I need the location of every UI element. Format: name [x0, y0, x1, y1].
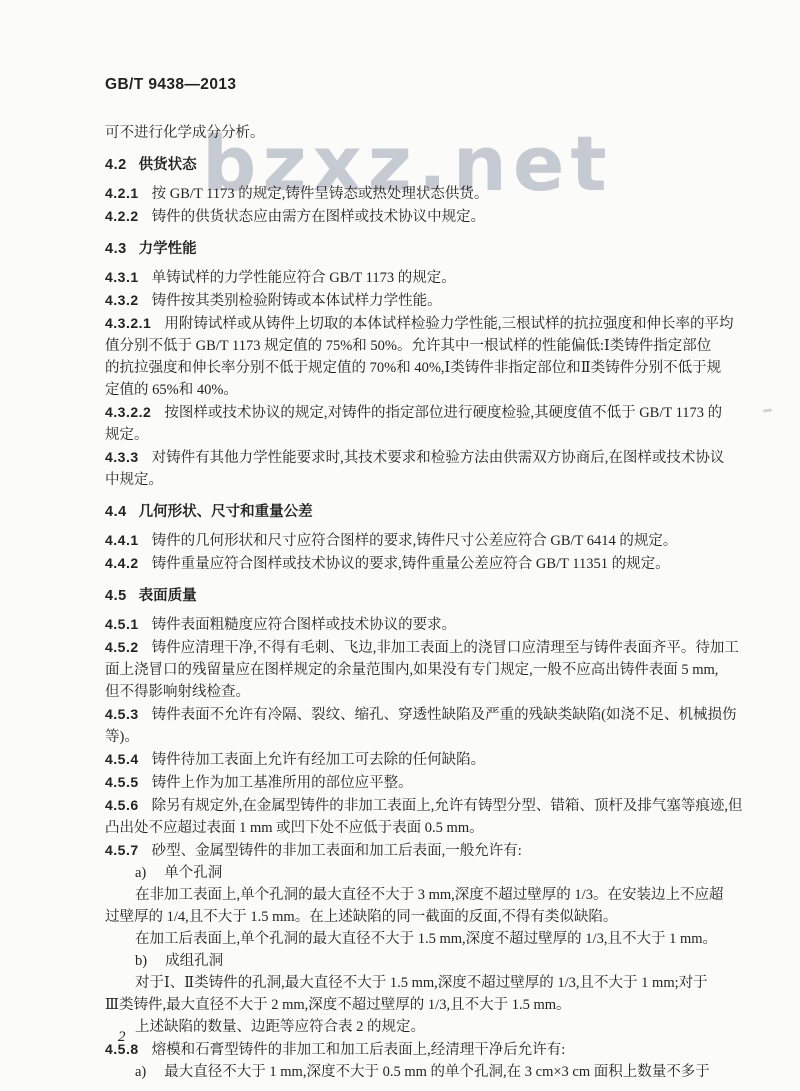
line-text: 但不得影响射线检查。: [105, 684, 250, 700]
doc-line: 中规定。: [105, 469, 743, 491]
doc-line: 4.4.2铸件重量应符合图样或技术协议的要求,铸件重量公差应符合 GB/T 11…: [105, 552, 743, 575]
doc-line: 4.2.1按 GB/T 1173 的规定,铸件呈铸态或热处理状态供货。: [105, 182, 743, 205]
doc-line: 对于Ⅰ、Ⅱ类铸件的孔洞,最大直径不大于 1.5 mm,深度不超过壁厚的 1/3,…: [105, 972, 743, 994]
line-text: 铸件待加工表面上允许有经加工可去除的任何缺陷。: [152, 752, 486, 768]
doc-line: 规定。: [105, 424, 743, 446]
line-text: 铸件表面粗糙度应符合图样或技术协议的要求。: [152, 617, 457, 633]
line-text: 力学性能: [139, 241, 197, 257]
clause-number: 4.5.1: [105, 616, 139, 632]
section-heading: 4.5表面质量: [105, 585, 743, 607]
doc-line: 4.5.2铸件应清理干净,不得有毛刺、飞边,非加工表面上的浇冒口应清理至与铸件表…: [105, 636, 743, 659]
line-text: 铸件应清理干净,不得有毛刺、飞边,非加工表面上的浇冒口应清理至与铸件表面齐平。待…: [152, 640, 739, 656]
doc-line: 4.5.6除另有规定外,在金属型铸件的非加工表面上,允许有铸型分型、错箱、顶杆及…: [105, 794, 743, 817]
clause-number: 4.5.2: [105, 639, 139, 655]
doc-line: b)成组孔洞: [105, 950, 743, 972]
clause-number: 4.4: [105, 504, 127, 520]
clause-number: 4.2: [105, 157, 127, 173]
line-text: 对于Ⅰ、Ⅱ类铸件的孔洞,最大直径不大于 1.5 mm,深度不超过壁厚的 1/3,…: [135, 975, 708, 991]
clause-number: 4.5.5: [105, 774, 139, 790]
doc-line: 定值的 65%和 40%。: [105, 379, 743, 401]
doc-line: 凸出处不应超过表面 1 mm 或凹下处不应低于表面 0.5 mm。: [105, 817, 743, 839]
line-text: 规定。: [105, 427, 149, 443]
doc-line: 值分别不低于 GB/T 1173 规定值的 75%和 50%。允许其中一根试样的…: [105, 335, 743, 357]
line-text: 凸出处不应超过表面 1 mm 或凹下处不应低于表面 0.5 mm。: [105, 820, 484, 836]
line-text: 最大直径不大于 1 mm,深度不大于 0.5 mm 的单个孔洞,在 3 cm×3…: [164, 1064, 709, 1080]
list-label: b): [135, 953, 147, 969]
clause-number: 4.3.2.2: [105, 404, 151, 420]
line-text: 的抗拉强度和伸长率分别不低于规定值的 70%和 40%,Ⅰ类铸件非指定部位和Ⅱ类…: [105, 360, 721, 376]
doc-number: GB/T 9438—2013: [105, 74, 743, 96]
doc-line: 4.5.8熔模和石膏型铸件的非加工和加工后表面上,经清理干净后允许有:: [105, 1038, 743, 1061]
clause-number: 4.3: [105, 241, 127, 257]
line-text: 表面质量: [139, 588, 197, 604]
line-text: 面上浇冒口的残留量应在图样规定的余量范围内,如果没有专门规定,一般不应高出铸件表…: [105, 662, 718, 678]
line-text: 铸件重量应符合图样或技术协议的要求,铸件重量公差应符合 GB/T 11351 的…: [152, 556, 670, 572]
doc-line: 4.5.7砂型、金属型铸件的非加工表面和加工后表面,一般允许有:: [105, 839, 743, 862]
doc-line: 在加工后表面上,单个孔洞的最大直径不大于 1.5 mm,深度不超过壁厚的 1/3…: [105, 928, 743, 950]
doc-line: 4.3.2.1用附铸试样或从铸件上切取的本体试样检验力学性能,三根试样的抗拉强度…: [105, 312, 743, 335]
doc-line: 但不得影响射线检查。: [105, 681, 743, 703]
line-text: 熔模和石膏型铸件的非加工和加工后表面上,经清理干净后允许有:: [152, 1042, 566, 1058]
doc-line: 4.3.1单铸试样的力学性能应符合 GB/T 1173 的规定。: [105, 266, 743, 289]
page-number: 2: [118, 1026, 126, 1048]
clause-number: 4.2.2: [105, 208, 139, 224]
doc-line: 4.5.5铸件上作为加工基准所用的部位应平整。: [105, 771, 743, 794]
doc-line: 4.4.1铸件的几何形状和尺寸应符合图样的要求,铸件尺寸公差应符合 GB/T 6…: [105, 529, 743, 552]
line-text: 单铸试样的力学性能应符合 GB/T 1173 的规定。: [152, 270, 456, 286]
clause-number: 4.3.2.1: [105, 315, 151, 331]
doc-line: a)单个孔洞: [105, 862, 743, 884]
doc-line: Ⅲ类铸件,最大直径不大于 2 mm,深度不超过壁厚的 1/3,且不大于 1.5 …: [105, 994, 743, 1016]
line-text: 成组孔洞: [165, 953, 223, 969]
clause-number: 4.5: [105, 588, 127, 604]
doc-line: 上述缺陷的数量、边距等应符合表 2 的规定。: [105, 1016, 743, 1038]
line-text: 按 GB/T 1173 的规定,铸件呈铸态或热处理状态供货。: [152, 186, 489, 202]
line-text: 砂型、金属型铸件的非加工表面和加工后表面,一般允许有:: [152, 843, 522, 859]
clause-number: 4.4.2: [105, 555, 139, 571]
clause-number: 4.3.2: [105, 292, 139, 308]
doc-line: 4.2.2铸件的供货状态应由需方在图样或技术协议中规定。: [105, 205, 743, 228]
line-text: 在加工后表面上,单个孔洞的最大直径不大于 1.5 mm,深度不超过壁厚的 1/3…: [135, 931, 717, 947]
line-text: 除另有规定外,在金属型铸件的非加工表面上,允许有铸型分型、错箱、顶杆及排气塞等痕…: [152, 798, 743, 814]
doc-line: 的抗拉强度和伸长率分别不低于规定值的 70%和 40%,Ⅰ类铸件非指定部位和Ⅱ类…: [105, 357, 743, 379]
line-text: 过壁厚的 1/4,且不大于 1.5 mm。在上述缺陷的同一截面的反面,不得有类似…: [105, 909, 617, 925]
list-label: a): [135, 865, 146, 881]
clause-number: 4.5.4: [105, 751, 139, 767]
line-text: 铸件按其类别检验附铸或本体试样力学性能。: [152, 293, 442, 309]
line-text: 铸件的供货状态应由需方在图样或技术协议中规定。: [152, 209, 486, 225]
document-page: bzxz.net GB/T 9438—2013 可不进行化学成分分析。4.2供货…: [0, 0, 800, 1091]
doc-lines: 可不进行化学成分分析。4.2供货状态4.2.1按 GB/T 1173 的规定,铸…: [105, 122, 743, 1083]
doc-line: 4.3.3对铸件有其他力学性能要求时,其技术要求和检验方法由供需双方协商后,在图…: [105, 446, 743, 469]
line-text: 在非加工表面上,单个孔洞的最大直径不大于 3 mm,深度不超过壁厚的 1/3。在…: [135, 887, 723, 903]
line-text: 值分别不低于 GB/T 1173 规定值的 75%和 50%。允许其中一根试样的…: [105, 338, 711, 354]
section-heading: 4.4几何形状、尺寸和重量公差: [105, 501, 743, 523]
doc-line: 面上浇冒口的残留量应在图样规定的余量范围内,如果没有专门规定,一般不应高出铸件表…: [105, 659, 743, 681]
line-text: 铸件上作为加工基准所用的部位应平整。: [152, 775, 413, 791]
doc-line: 4.5.3铸件表面不允许有冷隔、裂纹、缩孔、穿透性缺陷及严重的残缺类缺陷(如浇不…: [105, 703, 743, 748]
line-text: 可不进行化学成分分析。: [105, 125, 265, 141]
line-text: 单个孔洞: [164, 865, 222, 881]
doc-line: 4.5.1铸件表面粗糙度应符合图样或技术协议的要求。: [105, 613, 743, 636]
clause-number: 4.5.7: [105, 842, 139, 858]
line-text: 铸件的几何形状和尺寸应符合图样的要求,铸件尺寸公差应符合 GB/T 6414 的…: [152, 533, 678, 549]
line-text: 上述缺陷的数量、边距等应符合表 2 的规定。: [135, 1019, 425, 1035]
doc-line: 4.3.2.2按图样或技术协议的规定,对铸件的指定部位进行硬度检验,其硬度值不低…: [105, 401, 743, 424]
section-heading: 4.2供货状态: [105, 154, 743, 176]
line-text: 几何形状、尺寸和重量公差: [139, 504, 313, 520]
line-text: 定值的 65%和 40%。: [105, 382, 238, 398]
doc-line: 可不进行化学成分分析。: [105, 122, 743, 144]
doc-line: 在非加工表面上,单个孔洞的最大直径不大于 3 mm,深度不超过壁厚的 1/3。在…: [105, 884, 743, 906]
list-label: a): [135, 1064, 146, 1080]
clause-number: 4.5.3: [105, 706, 139, 722]
doc-line: 4.5.4铸件待加工表面上允许有经加工可去除的任何缺陷。: [105, 748, 743, 771]
line-text: 中规定。: [105, 472, 163, 488]
line-text: 按图样或技术协议的规定,对铸件的指定部位进行硬度检验,其硬度值不低于 GB/T …: [164, 405, 722, 421]
line-text: 供货状态: [139, 157, 197, 173]
doc-content: GB/T 9438—2013 可不进行化学成分分析。4.2供货状态4.2.1按 …: [105, 0, 743, 1083]
line-text: 铸件表面不允许有冷隔、裂纹、缩孔、穿透性缺陷及严重的残缺类缺陷(如浇不足、机械损…: [105, 707, 736, 745]
doc-line: 过壁厚的 1/4,且不大于 1.5 mm。在上述缺陷的同一截面的反面,不得有类似…: [105, 906, 743, 928]
clause-number: 4.2.1: [105, 185, 139, 201]
clause-number: 4.5.6: [105, 797, 139, 813]
line-text: Ⅲ类铸件,最大直径不大于 2 mm,深度不超过壁厚的 1/3,且不大于 1.5 …: [105, 997, 571, 1013]
doc-line: 4.3.2铸件按其类别检验附铸或本体试样力学性能。: [105, 289, 743, 312]
clause-number: 4.3.1: [105, 269, 139, 285]
line-text: 用附铸试样或从铸件上切取的本体试样检验力学性能,三根试样的抗拉强度和伸长率的平均: [164, 316, 733, 332]
doc-line: a)最大直径不大于 1 mm,深度不大于 0.5 mm 的单个孔洞,在 3 cm…: [105, 1061, 743, 1083]
line-text: 对铸件有其他力学性能要求时,其技术要求和检验方法由供需双方协商后,在图样或技术协…: [152, 450, 725, 466]
section-heading: 4.3力学性能: [105, 238, 743, 260]
clause-number: 4.3.3: [105, 449, 139, 465]
scan-speck: [763, 408, 772, 412]
clause-number: 4.4.1: [105, 532, 139, 548]
